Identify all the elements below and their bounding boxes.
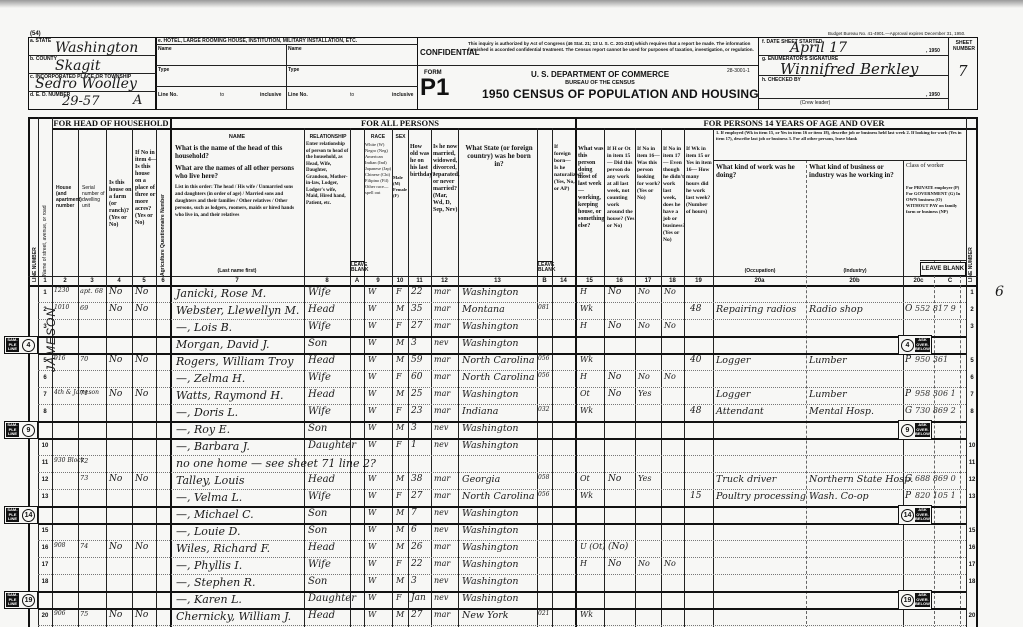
cell-serial: 74 [80,542,88,550]
cell-activity: Wk [580,355,593,364]
header-house-number: House (and apartment) number [56,185,78,209]
column-number: 19 [684,278,713,284]
cell-farm: No [109,304,122,314]
cell-activity: Ot [580,389,590,398]
sample-line-marker: SAM-PLE LINE14 [4,506,38,524]
county-label: b. COUNTY [30,56,57,62]
line-number: 20 [966,613,978,619]
cell-blank: 688 869 0 [915,474,956,483]
cell-rel: Son [308,423,327,434]
table-row: 1111930 Block72no one home — see sheet 7… [0,456,1023,473]
cell-worked: No [608,474,621,484]
cell-name: —, Barbara J. [176,440,250,453]
cell-birthplace: Washington [462,525,519,536]
header-name-q2: What are the names of all other persons … [175,164,300,180]
cell-blank: 552 817 9 [915,304,956,313]
cell-age: 23 [411,406,422,416]
cell-rel: Son [308,576,327,587]
line-number: 6 [39,375,51,381]
header-name-note: (Last name first) [172,268,302,274]
inclusive-label: inclusive [260,92,281,98]
ask-over-below-tag: ASK OVER. BELOW [915,508,930,522]
cell-farm: No [109,287,122,297]
table-row: 66—, Zelma H.WifeWF60marNorth Carolina05… [0,371,1023,388]
cell-acres: No [135,355,148,365]
column-number: B [537,278,552,284]
column-number: 3 [78,278,106,284]
state-label: a. STATE [30,38,51,44]
line-number: 8 [39,409,51,415]
cell-serial: 71 [80,389,88,397]
header-looking: If No in item 16— Was this person lookin… [637,146,661,202]
cell-marital: nev [434,593,448,602]
cell-name: Morgan, David J. [176,338,270,351]
header-street: Name of street, avenue, or road [42,205,48,276]
cell-serial: 70 [80,355,88,363]
section-persons-14-over: FOR PERSONS 14 YEARS OF AGE AND OVER [684,118,904,128]
to-label-2: to [350,92,354,98]
cell-code: 058 [538,474,549,481]
cell-birthplace: Washington [462,423,519,434]
department-name: U. S. DEPARTMENT OF COMMERCE [470,70,730,79]
cell-sex: M [396,542,404,551]
cell-name: —, Phyllis I. [176,559,242,572]
cell-blank: 730 869 2 [915,406,956,415]
column-number: 6 [156,278,170,284]
header-has-job: If No in item 17— Even though he didn't … [663,146,684,244]
cell-marital: nev [434,525,448,534]
cell-birthplace: New York [462,610,509,621]
cell-rel: Head [308,542,335,553]
cell-class: P [905,389,911,399]
header-sex-title: SEX [393,134,408,140]
cell-sex: M [396,338,404,347]
cell-race: W [368,321,376,330]
cell-marital: mar [434,304,450,313]
cell-age: 27 [411,610,422,620]
table-row: 202090675NoNoChernicky, William J.HeadWM… [0,609,1023,626]
cell-marital: mar [434,287,450,296]
cell-birthplace: Georgia [462,474,500,485]
column-number: C [934,278,966,284]
institution-name-label: Name [158,46,172,52]
cell-sex: M [396,389,404,398]
line-number: 13 [39,494,51,500]
cell-marital: mar [434,321,450,330]
cell-class: G [905,406,912,416]
cell-name: —, Michael C. [176,508,254,521]
cell-sex: M [396,474,404,483]
cell-sex: M [396,508,404,517]
line-number: 12 [966,477,978,483]
line-number: 18 [966,579,978,585]
line-number: 1 [966,290,978,296]
cell-race: W [368,304,376,313]
cell-age: 38 [411,474,422,484]
ed-mark: A [133,93,142,108]
table-row: 121273NoNoTalley, LouisHeadWM38marGeorgi… [0,473,1023,490]
cell-age: 27 [411,491,422,501]
cell-name: —, Karen L. [176,593,242,606]
cell-race: W [368,338,376,347]
table-row: 111230apt. 68NoNoJanicki, Rose M.WifeWF2… [0,286,1023,303]
header-relationship-title: RELATIONSHIP [306,134,350,140]
cell-job: No [664,321,676,330]
cell-occupation: Logger [716,355,750,366]
cell-sex: F [396,559,402,568]
cell-name: Rogers, William Troy [176,355,293,368]
sample-line-marker: SAM-PLE LINE19 [4,591,38,609]
column-number: 9 [364,278,392,284]
cell-race: W [368,576,376,585]
cell-race: W [368,423,376,432]
date-year: , 1950 [926,48,940,54]
header-race-title: RACE [364,134,392,140]
confidential-text: This inquiry is authorized by Act of Con… [468,41,758,52]
column-number: 13 [458,278,537,284]
cell-industry: Lumber [809,389,847,400]
institution-label: e. HOTEL, LARGE ROOMING HOUSE, INSTITUTI… [158,38,357,44]
cell-birthplace: Washington [462,338,519,349]
cell-marital: mar [434,389,450,398]
cell-rel: Wife [308,559,331,570]
header-name-q1: What is the name of the head of this hou… [175,144,300,160]
cell-rel: Daughter [308,593,356,604]
table-row: 774th & Jameson71NoNoWatts, Raymond H.He… [0,388,1023,405]
cell-job: No [664,372,676,381]
column-number: 16 [604,278,635,284]
cell-serial: 73 [80,474,88,482]
column-number: 20a [713,278,806,284]
cell-blank: 950 361 [915,355,948,364]
cell-age: 27 [411,321,422,331]
cell-race: W [368,593,376,602]
cell-birthplace: Washington [462,559,519,570]
cell-name: —, Doris L. [176,406,238,419]
line-number: 18 [39,579,51,585]
cell-marital: nev [434,423,448,432]
column-number: 20b [806,278,903,284]
cell-worked: No [608,287,621,297]
column-number: 18 [661,278,684,284]
inclusive-label-2: inclusive [392,92,413,98]
cell-birthplace: Indiana [462,406,498,417]
institution-type-label-2: Type [288,67,299,73]
cell-birthplace: North Carolina [462,491,535,502]
place-value: Sedro Woolley [35,76,137,92]
institution-box [156,37,418,110]
line-number: 1 [39,290,51,296]
street-name: JAMESON [44,307,58,372]
line-number: 11 [39,460,51,466]
header-line-number-right: LINE NUMBER [968,247,974,282]
ask-over-below-tag: ASK OVER. BELOW [915,338,930,352]
cell-industry: Mental Hosp. [809,406,874,417]
cell-birthplace: Washington [462,321,519,332]
header-name-list: List in this order: The head / His wife … [175,184,300,219]
column-number: 15 [575,278,604,284]
cell-rel: Head [308,389,335,400]
cell-industry: Northern State Hosp. [809,474,913,485]
cell-age: 3 [411,423,417,433]
cell-race: W [368,542,376,551]
cell-code: 056 [538,355,549,362]
cell-blank: 820 105 1 [915,491,956,500]
bureau-name: BUREAU OF THE CENSUS [470,80,730,86]
line-number: 16 [39,545,51,551]
table-row: 88—, Doris L.WifeWF23marIndiana032Wk48At… [0,405,1023,422]
header-sex-text: Male (M) Female (F) [393,175,408,199]
cell-race: W [368,372,376,381]
cell-job: No [664,559,676,568]
table-row: —, Michael C.SonWM7nevWashington [0,507,1023,524]
institution-type-label: Type [158,67,169,73]
cell-farm: No [109,542,122,552]
cell-age: 3 [411,338,417,348]
cell-rel: Son [308,508,327,519]
cell-rel: Wife [308,406,331,417]
ask-line-number: 19 [901,594,914,607]
cell-name: —, Stephen R. [176,576,255,589]
census-sheet: (54) a. STATE Washington b. COUNTY Skagi… [0,0,1023,627]
sample-line-tag: SAM-PLE LINE [6,593,19,607]
column-number: 1 [38,278,52,284]
cell-rel: Wife [308,372,331,383]
sheet-number-label: SHEET NUMBER [952,40,976,52]
line-number: 8 [966,409,978,415]
checked-year: , 1950 [926,92,940,98]
cell-activity: H [580,321,587,330]
cell-hours: 40 [690,355,701,365]
line-number: 12 [39,477,51,483]
cell-hours: 48 [690,406,701,416]
header-serial: Serial number of dwelling unit [82,185,106,209]
cell-rel: Wife [308,491,331,502]
crew-leader-label: (Crew leader) [800,100,830,106]
cell-serial: 72 [80,457,88,465]
cell-acres: No [135,610,148,620]
header-work-instructions: 1. If employed (Wk in item 15, or Yes in… [716,130,964,142]
table-row: Morgan, David J.SonWM3nevWashington [0,337,1023,354]
table-row: 5591670NoNoRogers, William TroyHeadWM59m… [0,354,1023,371]
cell-marital: mar [434,542,450,551]
column-number: A [350,278,364,284]
cell-farm: No [109,389,122,399]
cell-marital: mar [434,491,450,500]
cell-rel: Head [308,304,335,315]
header-relationship-text: Enter relationship of person to head of … [306,142,350,207]
cell-class: P [905,491,911,501]
ask-line-number: 9 [901,424,914,437]
table-row: 33—, Lois B.WifeWF27marWashingtonHNoNoNo [0,320,1023,337]
county-value: Skagit [55,58,101,74]
cell-marital: mar [434,406,450,415]
cell-birthplace: Washington [462,389,519,400]
cell-class: P [905,355,911,365]
cell-worked: No [608,321,621,331]
header-class-worker-text: For PRIVATE employer (P) For GOVERNMENT … [906,185,964,215]
header-class-worker: Class of worker [906,163,964,170]
cell-race: W [368,525,376,534]
column-number: 5 [132,278,156,284]
cell-hours: 48 [690,304,701,314]
cell-activity: Ot [580,474,590,483]
ask-over-below-tag: ASK OVER. BELOW [915,593,930,607]
line-number: 10 [966,443,978,449]
cell-rel: Head [308,355,335,366]
sample-line-tag: SAM-PLE LINE [6,508,19,522]
to-label: to [220,92,224,98]
cell-worked: No [608,389,621,399]
cell-race: W [368,508,376,517]
cell-birthplace: Washington [462,542,519,553]
cell-age: 35 [411,304,422,314]
cell-sex: M [396,610,404,619]
cell-rel: Son [308,338,327,349]
cell-marital: mar [434,610,450,619]
cell-code: 081 [538,304,549,311]
cell-blank: 958 306 1 [915,389,956,398]
cell-rel: Daughter [308,440,356,451]
cell-sex: F [396,372,402,381]
cell-acres: No [135,287,148,297]
cell-rel: Head [308,610,335,621]
checked-by-label: h. CHECKED BY [762,77,801,83]
cell-worked: No [608,559,621,569]
cell-house: 1230 [54,287,69,294]
column-number: 4 [106,278,132,284]
ask-line-number: 14 [901,509,914,522]
line-number: 13 [966,494,978,500]
sample-line-number: 9 [22,424,35,437]
cell-marital: mar [434,559,450,568]
cell-sex: M [396,355,404,364]
line-number: 16 [966,545,978,551]
sample-line-tag: SAM-PLE LINE [6,338,19,352]
cell-age: 25 [411,389,422,399]
budget-note: Budget Bureau No. 41-4901.—Approval expi… [828,31,965,36]
cell-industry: Wash. Co-op [809,491,869,502]
cell-looking: No [638,559,650,568]
cell-occupation: Repairing radios [716,304,796,315]
column-number: 20c [903,278,934,284]
header-activity: What was this person doing most of last … [578,146,604,230]
cell-code: 056 [538,491,549,498]
cell-hours: 15 [690,491,701,501]
state-value: Washington [55,40,138,56]
cell-age: 60 [411,372,422,382]
cell-marital: mar [434,474,450,483]
leave-blank-c: LEAVE BLANK [920,262,966,276]
cell-birthplace: North Carolina [462,372,535,383]
header-industry: What kind of business or industry was he… [809,163,901,179]
cell-race: W [368,406,376,415]
header-marital: Is he now married, widowed, divorced, se… [433,144,458,214]
cell-name: —, Zelma H. [176,372,245,385]
cell-rel: Son [308,525,327,536]
leave-blank-a: LEAVE BLANK [350,261,365,277]
line-number: 10 [39,443,51,449]
cell-worked: No [608,372,621,382]
header-occupation-note: (Occupation) [716,268,804,274]
cell-name: Talley, Louis [176,474,245,487]
cell-race: W [368,474,376,483]
form-code: 28-3001-1 [727,68,750,74]
cell-looking: No [638,372,650,381]
table-row: 1717—, Phyllis I.WifeWF22marWashingtonHN… [0,558,1023,575]
cell-farm: No [109,610,122,620]
cell-age: Jan [411,593,426,603]
margin-note: 6 [995,284,1004,300]
header-industry-note: (Industry) [809,268,901,274]
enumerator-signature: Winnifred Berkley [780,60,918,78]
cell-race: W [368,440,376,449]
cell-code: 056 [538,372,549,379]
line-number: 3 [966,324,978,330]
line-number: 7 [39,392,51,398]
cell-acres: No [135,304,148,314]
column-number: 8 [304,278,350,284]
cell-age: 59 [411,355,422,365]
section-all-persons: FOR ALL PERSONS [300,118,500,128]
cell-code: 032 [538,406,549,413]
cell-race: W [368,559,376,568]
cell-race: W [368,355,376,364]
ask-over-below-marker: 14ASK OVER. BELOW [898,505,932,525]
cell-marital: mar [434,372,450,381]
cell-race: W [368,287,376,296]
header-name-title: NAME [172,134,302,140]
cell-name: Webster, Llewellyn M. [176,304,299,317]
institution-name-label-2: Name [288,46,302,52]
cell-house: 4th & Jameson [54,389,99,396]
line-number: 7 [966,392,978,398]
sample-line-number: 14 [22,509,35,522]
table-row: 1818—, Stephen R.SonWM3nevWashington [0,575,1023,592]
cell-occupation: Truck driver [716,474,776,485]
cell-serial: 75 [80,610,88,618]
line-number: 5 [966,358,978,364]
cell-farm: No [109,355,122,365]
cell-birthplace: Washington [462,593,519,604]
ask-over-below-marker: 4ASK OVER. BELOW [898,335,932,355]
scan-edge [0,0,1023,8]
cell-farm: No [109,474,122,484]
ask-over-below-marker: 9ASK OVER. BELOW [898,420,932,440]
header-race-text: White (W) Negro (Neg) American Indian (I… [365,142,392,196]
line-number: 17 [966,562,978,568]
leave-blank-b: LEAVE BLANK [537,261,553,277]
cell-name: no one home — see sheet 71 line 2? [176,457,376,470]
table-row: 1313—, Velma L.WifeWF27marNorth Carolina… [0,490,1023,507]
cell-rel: Wife [308,321,331,332]
table-row: 161690874NoNoWiles, Richard F.HeadWM26ma… [0,541,1023,558]
cell-marital: mar [434,355,450,364]
date-value: April 17 [790,40,847,56]
cell-occupation: Logger [716,389,750,400]
cell-occupation: Poultry processing [716,491,806,502]
line-number: 11 [966,460,978,466]
cell-birthplace: Washington [462,508,519,519]
cell-name: Chernicky, William J. [176,610,291,623]
cell-sex: F [396,321,402,330]
line-number: 6 [966,375,978,381]
cell-acres: No [135,389,148,399]
column-number: 11 [408,278,431,284]
cell-name: —, Velma L. [176,491,242,504]
cell-age: 22 [411,559,422,569]
header-acres: If No in item 4— Is this house on a plac… [135,150,157,227]
